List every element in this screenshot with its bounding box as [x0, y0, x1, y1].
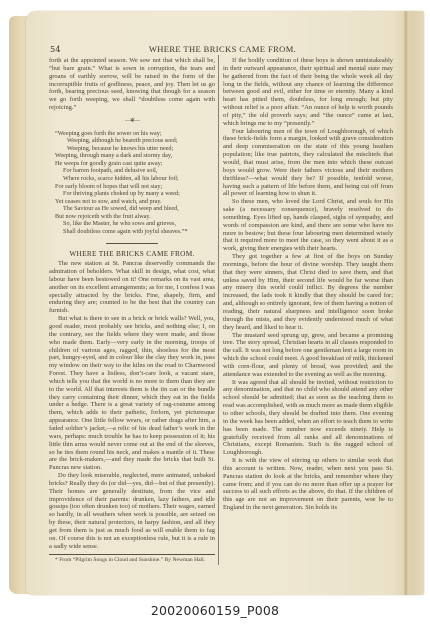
body-paragraph: It was agreed that all should be invited…	[223, 379, 393, 457]
ornament-divider: —❦—	[49, 118, 215, 126]
poem-line: Weeping, although he beareth precious se…	[55, 137, 215, 145]
poem-line: “Weeping goes forth the sower on his way…	[55, 130, 215, 138]
footnote: * From “Pilgrim Songs in Cloud and Sunsh…	[49, 554, 215, 564]
poem: “Weeping goes forth the sower on his way…	[55, 130, 215, 236]
poem-line: Weeping, through many a dark and stormy …	[55, 152, 215, 160]
body-paragraph: But what is there to see in a brick or b…	[49, 315, 215, 472]
poem-line: So, like the Master, he who sows and gri…	[55, 220, 215, 228]
body-paragraph: Do they look miserable, neglected, mere …	[49, 472, 215, 550]
body-paragraph: So these men, who loved the Lord Christ,…	[223, 198, 393, 253]
right-column: If the bodily condition of these boys is…	[223, 57, 393, 512]
section-title: WHERE THE BRICKS CAME FROM.	[49, 250, 215, 258]
poem-line: But now rejoiceth with the fruit alway.	[55, 213, 215, 221]
poem-line: Yet ceases not to sow, and watch, and pr…	[55, 198, 215, 206]
poem-line: For barren footpath, and delusive soil,	[55, 167, 215, 175]
left-column: forth at the appointed season. We sow no…	[49, 57, 215, 564]
page-gutter-fold	[404, 11, 408, 595]
body-paragraph: If the bodily condition of these boys is…	[223, 57, 393, 128]
poem-line: He weeps for goodly grain cast quite awa…	[55, 160, 215, 168]
section-separator-rule	[106, 243, 158, 244]
column-divider	[218, 55, 219, 565]
opening-paragraph: forth at the appointed season. We sow no…	[49, 57, 215, 112]
poem-line: For early bloom of hopes that will not s…	[55, 183, 215, 191]
body-paragraph: Four labouring men of the town of Loughb…	[223, 128, 393, 199]
body-paragraph: They got together a few at first of the …	[223, 253, 393, 331]
poem-line: Weeping, because he knows his utter need…	[55, 145, 215, 153]
image-caption: 20020060159_P008	[0, 603, 430, 618]
poem-line: Shall doubtless come again with joyful s…	[55, 228, 215, 236]
poem-line: Where rocks, scarce hidden, all his labo…	[55, 175, 215, 183]
body-paragraph: The new station at St. Pancras deservedl…	[49, 260, 215, 315]
poem-line: For thriving plants choked up by many a …	[55, 190, 215, 198]
poem-line: The Saviour as He sowed, did weep and bl…	[55, 205, 215, 213]
body-paragraph: It is with the view of stirring up other…	[223, 457, 393, 512]
running-title: WHERE THE BRICKS CAME FROM.	[50, 44, 395, 54]
body-paragraph: The mustard seed sprung up, grew, and be…	[223, 332, 393, 379]
